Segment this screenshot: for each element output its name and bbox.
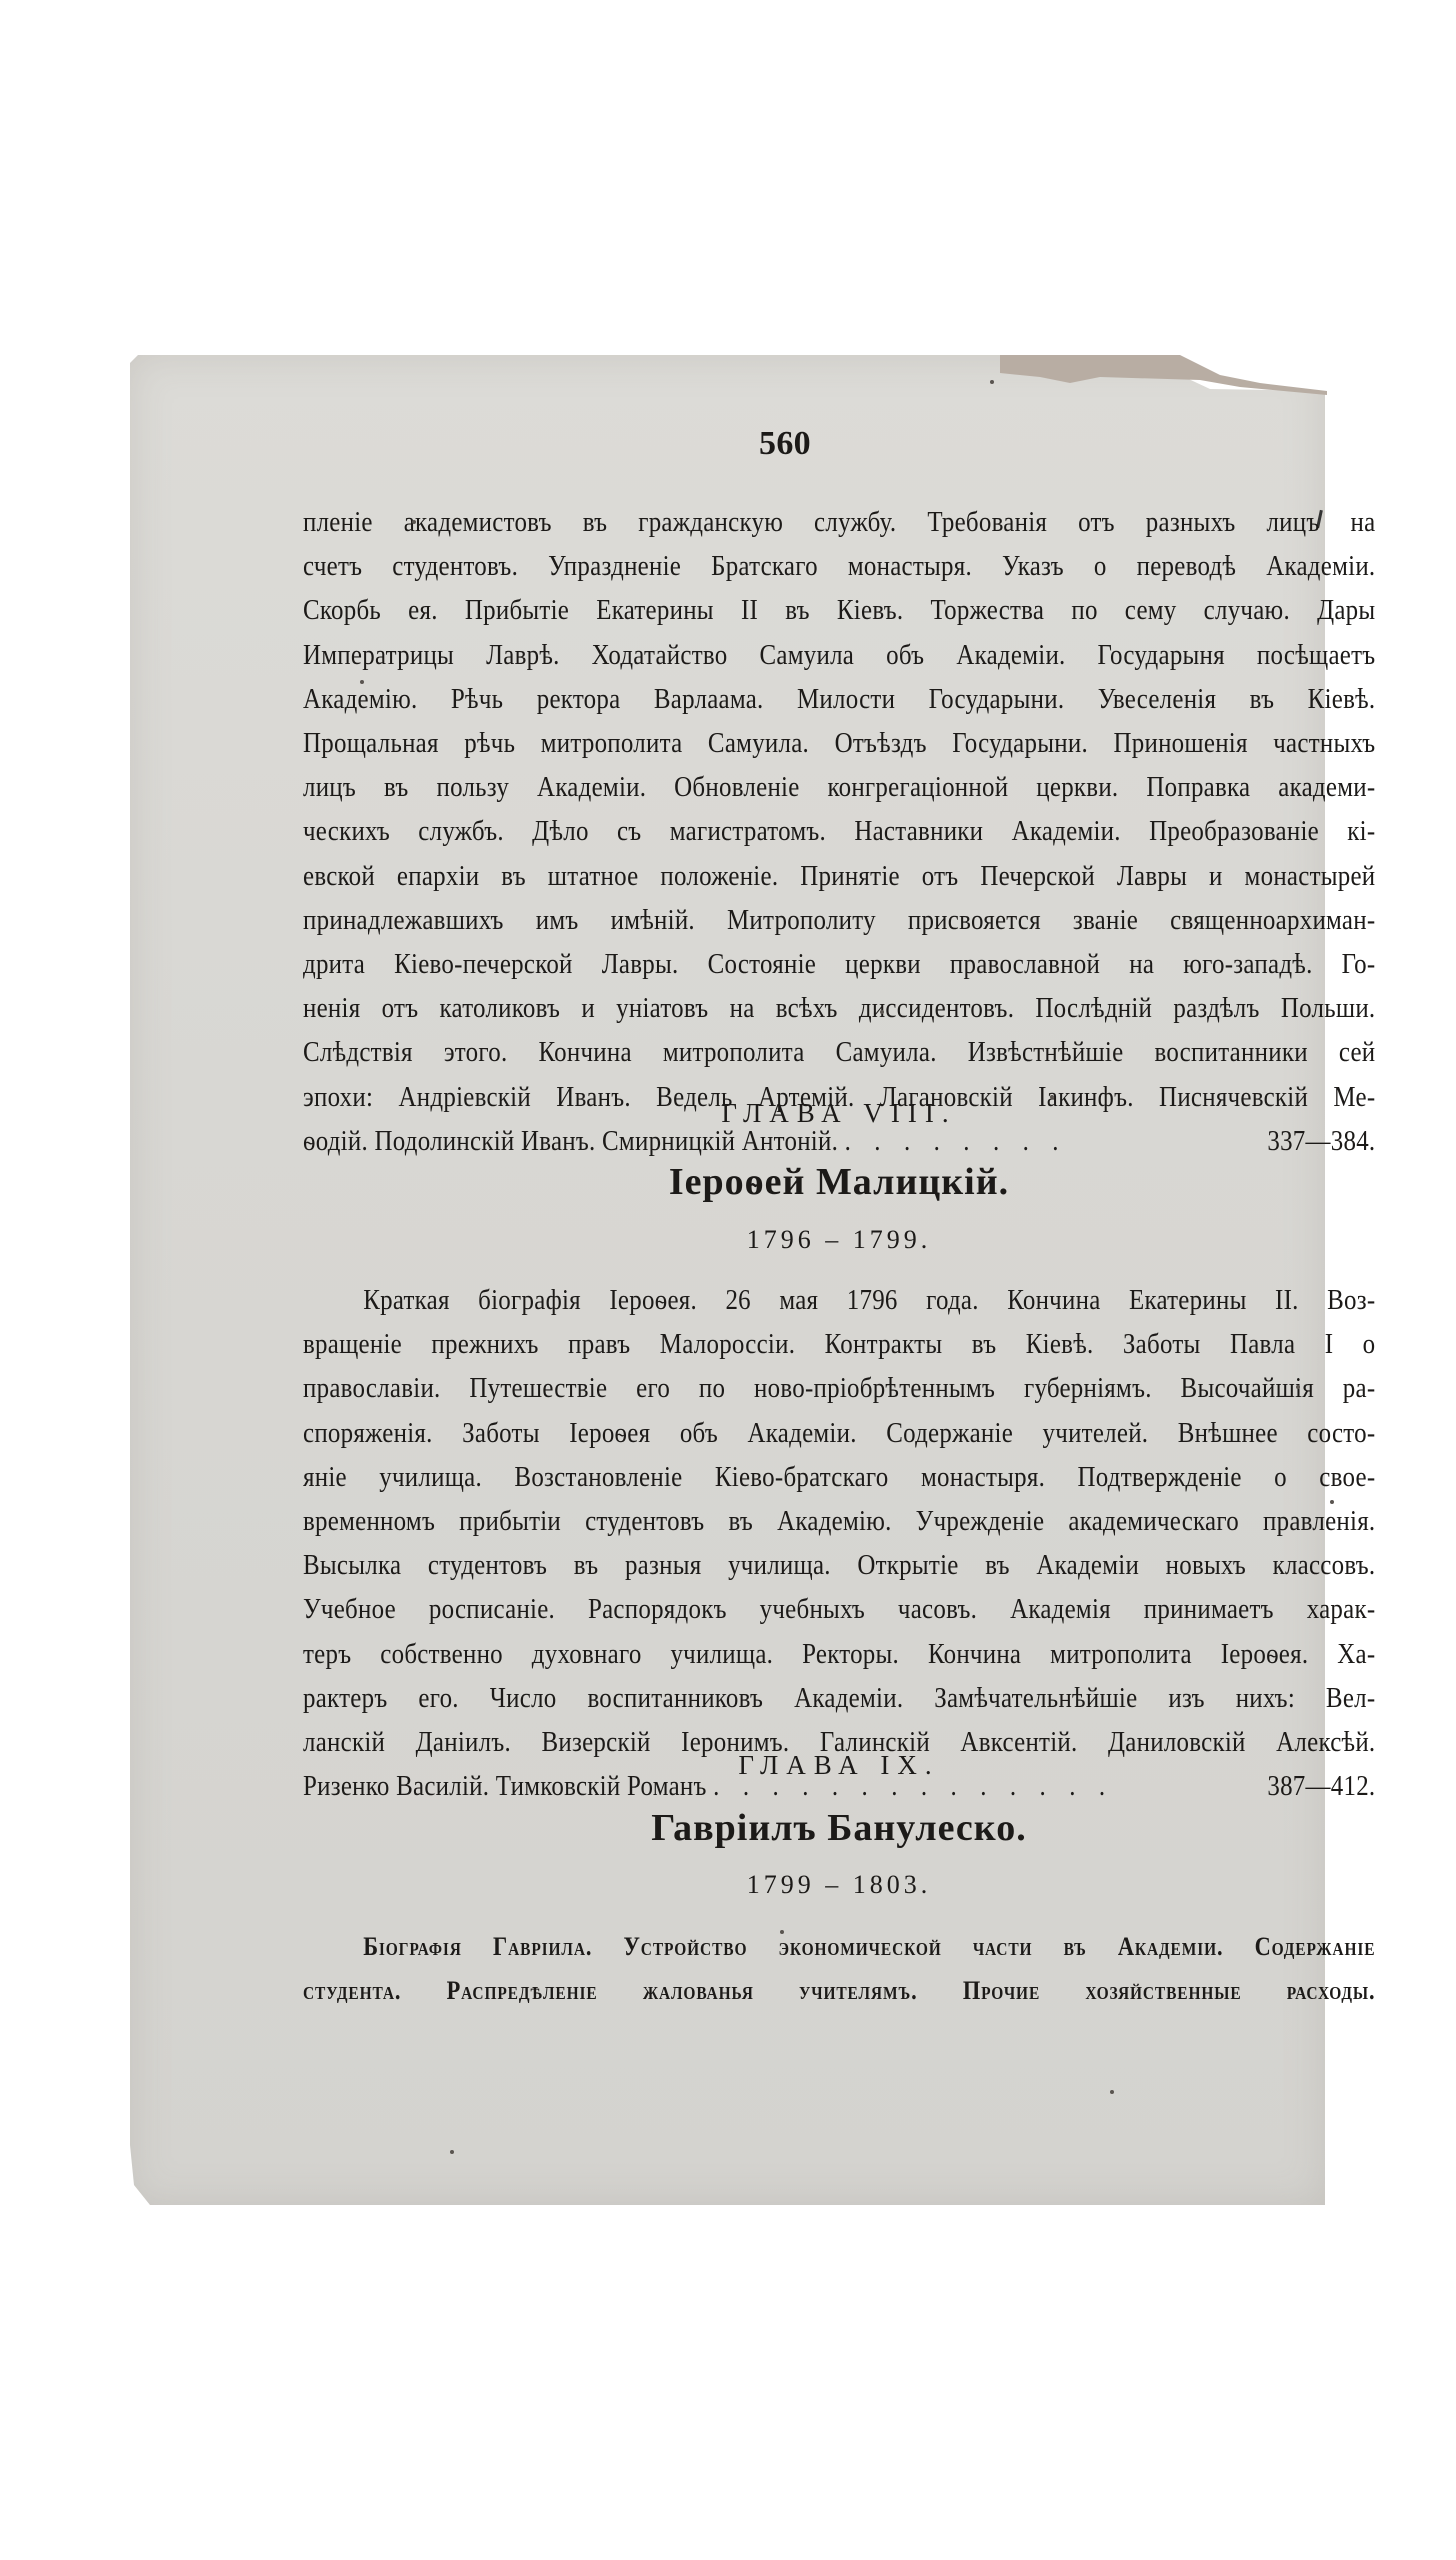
- text-line: споряженія. Заботы Іероѳея объ Академіи.…: [303, 1411, 1375, 1455]
- text-line: ненія отъ католиковъ и уніатовъ на всѣхъ…: [303, 986, 1375, 1030]
- paper-speck: [412, 520, 416, 524]
- chapter7-summary-continued: пленіе академистовъ въ гражданскую служб…: [303, 500, 1375, 1163]
- text-line: теръ собственно духовнаго училища. Ректо…: [303, 1632, 1375, 1676]
- text-line: Академію. Рѣчь ректора Варлаама. Милости…: [303, 677, 1375, 721]
- text-line: временномъ прибытіи студентовъ въ Академ…: [303, 1499, 1375, 1543]
- text-line: ческихъ службъ. Дѣло съ магистратомъ. На…: [303, 809, 1375, 853]
- text-line: Слѣдствія этого. Кончина митрополита Сам…: [303, 1030, 1375, 1074]
- chapter8-title: Іероѳей Малицкій.: [303, 1160, 1375, 1204]
- chapter9-heading: ГЛАВА IX.: [303, 1750, 1375, 1781]
- paper-speck: [1296, 1385, 1300, 1389]
- paper-speck: [1330, 1500, 1334, 1504]
- text-line: Учебное росписаніе. Распорядокъ учебныхъ…: [303, 1587, 1375, 1631]
- dot-leader: . . . . . . . .: [845, 1125, 1068, 1157]
- paper-speck: [1050, 1095, 1054, 1099]
- chapter9-title: Гавріилъ Банулеско.: [303, 1806, 1375, 1850]
- chapter8-heading: ГЛАВА VIII.: [303, 1098, 1375, 1129]
- chapter9-summary: Біографія Гавріила. Устройство экономиче…: [303, 1925, 1375, 2013]
- text-line: лицъ въ пользу Академіи. Обновленіе конг…: [303, 765, 1375, 809]
- text-line: Прощальная рѣчь митрополита Самуила. Отъ…: [303, 721, 1375, 765]
- text-line: православіи. Путешествіе его по ново-прі…: [303, 1366, 1375, 1410]
- text-line: вращеніе прежнихъ правъ Малороссіи. Конт…: [303, 1322, 1375, 1366]
- text-line: счетъ студентовъ. Упраздненіе Братскаго …: [303, 544, 1375, 588]
- text-line: Скорбь ея. Прибытіе Екатерины II въ Кіев…: [303, 588, 1375, 632]
- text-line: Біографія Гавріила. Устройство экономиче…: [303, 1925, 1375, 1969]
- text-line: яніе училища. Возстановленіе Кіево-братс…: [303, 1455, 1375, 1499]
- paper-speck: [450, 2150, 454, 2154]
- text-line: Императрицы Лаврѣ. Ходатайство Самуила о…: [303, 633, 1375, 677]
- text-line: пленіе академистовъ въ гражданскую служб…: [303, 500, 1375, 544]
- chapter8-years: 1796 – 1799.: [303, 1225, 1375, 1255]
- chapter9-years: 1799 – 1803.: [303, 1870, 1375, 1900]
- text-line: дрита Кіево-печерской Лавры. Состояніе ц…: [303, 942, 1375, 986]
- paper-speck: [360, 680, 364, 684]
- paper-speck: [880, 1010, 884, 1014]
- text-line: ѳодій. Подолинскій Иванъ. Смирницкій Ант…: [303, 1125, 845, 1157]
- text-line: Высылка студентовъ въ разныя училища. От…: [303, 1543, 1375, 1587]
- paper-speck: [780, 1930, 784, 1934]
- text-line: принадлежавшихъ имъ имѣній. Митрополиту …: [303, 898, 1375, 942]
- text-line: рактеръ его. Число воспитанниковъ Академ…: [303, 1676, 1375, 1720]
- text-line: Краткая біографія Іероѳея. 26 мая 1796 г…: [303, 1278, 1375, 1322]
- page-number: 560: [600, 425, 970, 463]
- text-line: евской епархіи въ штатное положеніе. При…: [303, 854, 1375, 898]
- paper-speck: [1110, 2090, 1114, 2094]
- paper-speck: [990, 380, 994, 384]
- chapter8-summary: Краткая біографія Іероѳея. 26 мая 1796 г…: [303, 1278, 1375, 1808]
- text-line: студента. Распредѣленіе жалованья учител…: [303, 1969, 1375, 2013]
